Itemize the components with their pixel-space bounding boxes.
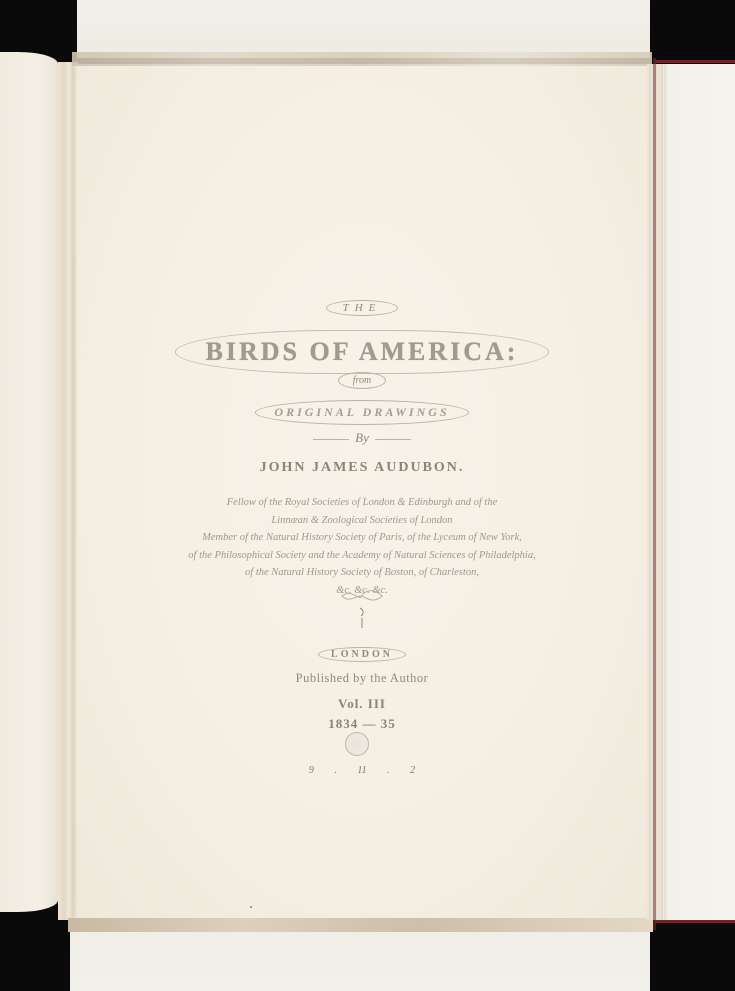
credential-line: Fellow of the Royal Societies of London … bbox=[77, 494, 647, 512]
author-credentials: Fellow of the Royal Societies of London … bbox=[77, 494, 647, 599]
credential-line: Linnæan & Zoological Societies of London bbox=[77, 512, 647, 530]
tissue-fold-top bbox=[72, 52, 652, 66]
shelf-mark: 9 . 11 . 2 bbox=[77, 765, 647, 776]
title-text: BIRDS OF AMERICA: bbox=[206, 337, 519, 366]
red-cover-rule-bottom bbox=[655, 920, 735, 923]
original-drawings-heading: ORIGINAL DRAWINGS bbox=[77, 400, 647, 425]
title-cartouche: BIRDS OF AMERICA: bbox=[175, 330, 550, 374]
publisher-line: Published by the Author bbox=[77, 671, 647, 686]
credential-line: Member of the Natural History Society of… bbox=[77, 529, 647, 547]
library-stamp-icon bbox=[345, 732, 369, 756]
left-facing-page bbox=[0, 52, 58, 912]
cover-edge bbox=[653, 58, 656, 930]
binding-gutter bbox=[58, 62, 78, 920]
page-edges bbox=[647, 64, 667, 920]
the-cartouche: THE bbox=[326, 300, 399, 316]
red-cover-rule-top bbox=[655, 60, 735, 63]
ink-speck bbox=[250, 906, 252, 908]
swash-ornament-icon bbox=[77, 588, 647, 628]
by-line: By bbox=[77, 430, 647, 446]
the-heading: THE bbox=[77, 300, 647, 316]
by-text: By bbox=[355, 430, 369, 445]
from-label: from bbox=[77, 372, 647, 389]
credential-line: of the Philosophical Society and the Aca… bbox=[77, 547, 647, 565]
tissue-fold-bottom bbox=[68, 918, 653, 932]
london-text: LONDON bbox=[331, 649, 393, 660]
author-name: JOHN JAMES AUDUBON. bbox=[77, 460, 647, 476]
original-drawings-text: ORIGINAL DRAWINGS bbox=[274, 405, 449, 419]
credential-line: of the Natural History Society of Boston… bbox=[77, 564, 647, 582]
title-page bbox=[77, 64, 647, 920]
from-text: from bbox=[353, 375, 372, 386]
right-endpaper bbox=[667, 64, 735, 920]
from-cartouche: from bbox=[338, 372, 387, 389]
place-of-publication: LONDON bbox=[77, 647, 647, 662]
london-cartouche: LONDON bbox=[318, 647, 406, 662]
volume-number: Vol. III bbox=[77, 696, 647, 712]
original-drawings-cartouche: ORIGINAL DRAWINGS bbox=[255, 400, 468, 425]
publication-years: 1834 — 35 bbox=[77, 716, 647, 732]
the-text: THE bbox=[343, 302, 382, 314]
flourish-left-icon bbox=[313, 439, 349, 440]
flourish-right-icon bbox=[375, 439, 411, 440]
book-title: BIRDS OF AMERICA: bbox=[77, 330, 647, 374]
tissue-flyleaf-top bbox=[77, 0, 650, 58]
